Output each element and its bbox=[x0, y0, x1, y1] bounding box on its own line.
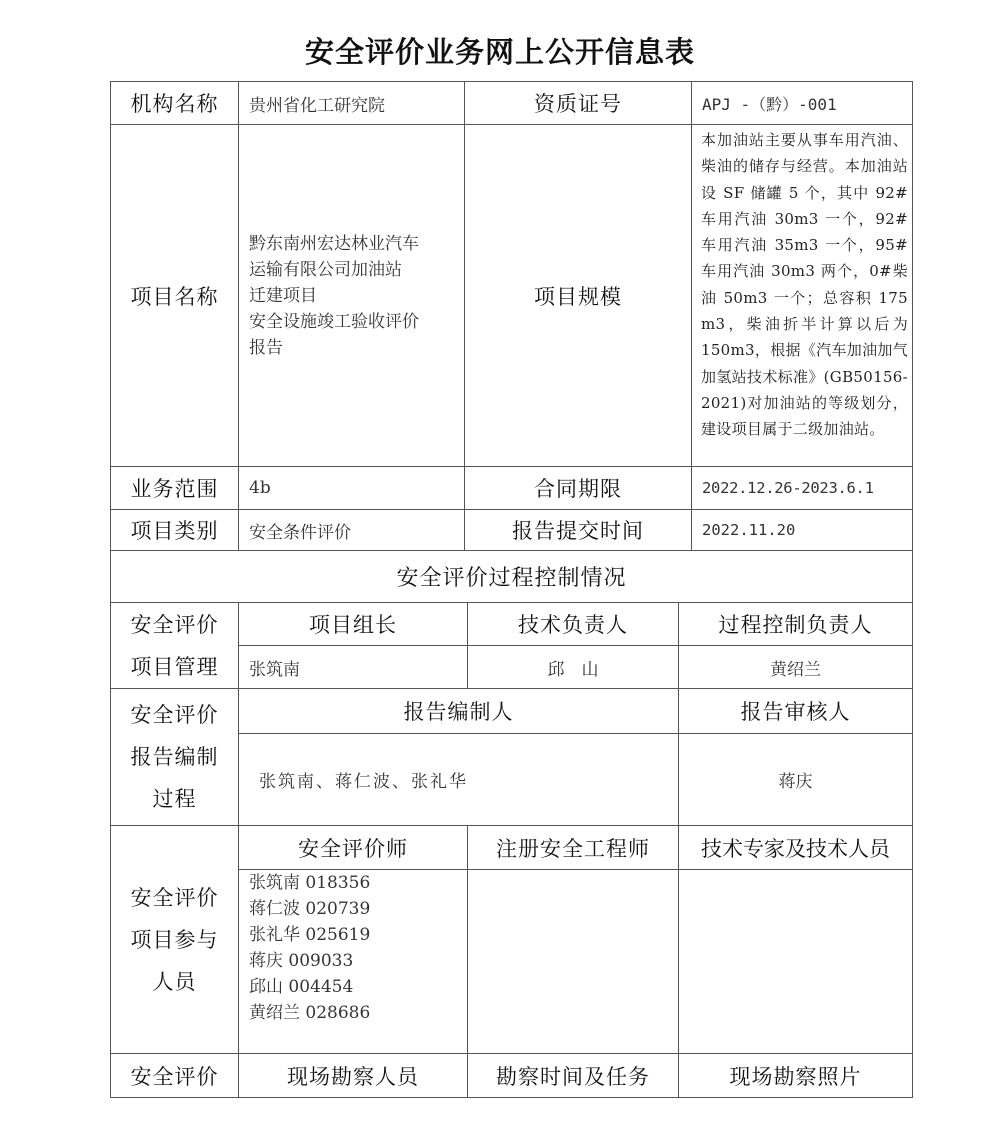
project-name-line: 迁建项目 bbox=[249, 283, 317, 309]
report-compilation-label: 安全评价 报告编制 过程 bbox=[110, 688, 239, 826]
project-scale-label: 项目规模 bbox=[464, 124, 692, 467]
registered-engineer-list bbox=[467, 869, 679, 1054]
evaluator-entry: 黄绍兰 028686 bbox=[249, 1000, 370, 1026]
project-scale-value: 本加油站主要从事车用汽油、柴油的储存与经营。本加油站设 SF 储罐 5 个，其中… bbox=[691, 124, 913, 467]
participants-label: 安全评价 项目参与 人员 bbox=[110, 825, 239, 1054]
process-control-lead-header: 过程控制负责人 bbox=[678, 602, 913, 646]
org-name-label: 机构名称 bbox=[110, 81, 239, 125]
team-leader-value: 张筑南 bbox=[238, 645, 468, 689]
report-reviewer-value: 蒋庆 bbox=[678, 733, 913, 826]
cert-no-label: 资质证号 bbox=[464, 81, 692, 125]
contract-period-value: 2022.12.26-2023.6.1 bbox=[691, 466, 913, 510]
site-survey-label: 安全评价 bbox=[110, 1053, 239, 1098]
participants-label-line: 安全评价 bbox=[131, 877, 219, 919]
management-label: 安全评价 项目管理 bbox=[110, 602, 239, 689]
registered-engineer-header: 注册安全工程师 bbox=[467, 825, 679, 870]
evaluator-entry: 张筑南 018356 bbox=[249, 870, 370, 896]
cert-no-value: APJ -（黔）-001 bbox=[691, 81, 913, 125]
management-label-line: 项目管理 bbox=[131, 646, 219, 688]
project-name-line: 安全设施竣工验收评价 bbox=[249, 309, 419, 335]
technical-lead-value: 邱 山 bbox=[467, 645, 679, 689]
evaluator-entry: 张礼华 025619 bbox=[249, 922, 370, 948]
report-compilation-label-line: 报告编制 bbox=[131, 736, 219, 778]
report-author-value: 张筑南、蒋仁波、张礼华 bbox=[238, 733, 679, 826]
evaluator-entry: 蒋仁波 020739 bbox=[249, 896, 370, 922]
project-name-line: 运输有限公司加油站 bbox=[249, 257, 402, 283]
site-survey-personnel-header: 现场勘察人员 bbox=[238, 1053, 468, 1098]
safety-evaluator-header: 安全评价师 bbox=[238, 825, 468, 870]
technical-expert-header: 技术专家及技术人员 bbox=[678, 825, 913, 870]
org-name-value: 贵州省化工研究院 bbox=[238, 81, 465, 125]
project-name-line: 报告 bbox=[249, 335, 283, 361]
process-control-lead-value: 黄绍兰 bbox=[678, 645, 913, 689]
safety-evaluator-list: 张筑南 018356 蒋仁波 020739 张礼华 025619 蒋庆 0090… bbox=[238, 869, 468, 1054]
technical-lead-header: 技术负责人 bbox=[467, 602, 679, 646]
project-name-value: 黔东南州宏达林业汽车 运输有限公司加油站 迁建项目 安全设施竣工验收评价 报告 bbox=[238, 124, 465, 467]
survey-time-task-header: 勘察时间及任务 bbox=[467, 1053, 679, 1098]
page-title: 安全评价业务网上公开信息表 bbox=[0, 30, 1000, 71]
team-leader-header: 项目组长 bbox=[238, 602, 468, 646]
evaluator-entry: 邱山 004454 bbox=[249, 974, 353, 1000]
participants-label-line: 人员 bbox=[153, 961, 197, 1003]
project-category-value: 安全条件评价 bbox=[238, 509, 465, 551]
business-scope-value: 4b bbox=[238, 466, 465, 510]
management-label-line: 安全评价 bbox=[131, 604, 219, 646]
contract-period-label: 合同期限 bbox=[464, 466, 692, 510]
project-name-line: 黔东南州宏达林业汽车 bbox=[249, 231, 419, 257]
report-compilation-label-line: 安全评价 bbox=[131, 694, 219, 736]
project-name-label: 项目名称 bbox=[110, 124, 239, 467]
report-reviewer-header: 报告审核人 bbox=[678, 688, 913, 734]
technical-expert-list bbox=[678, 869, 913, 1054]
report-compilation-label-line: 过程 bbox=[153, 778, 197, 820]
report-submit-label: 报告提交时间 bbox=[464, 509, 692, 551]
site-survey-photos-header: 现场勘察照片 bbox=[678, 1053, 913, 1098]
project-category-label: 项目类别 bbox=[110, 509, 239, 551]
evaluator-entry: 蒋庆 009033 bbox=[249, 948, 353, 974]
business-scope-label: 业务范围 bbox=[110, 466, 239, 510]
process-control-section-title: 安全评价过程控制情况 bbox=[110, 550, 913, 603]
participants-label-line: 项目参与 bbox=[131, 919, 219, 961]
report-submit-value: 2022.11.20 bbox=[691, 509, 913, 551]
report-author-header: 报告编制人 bbox=[238, 688, 679, 734]
